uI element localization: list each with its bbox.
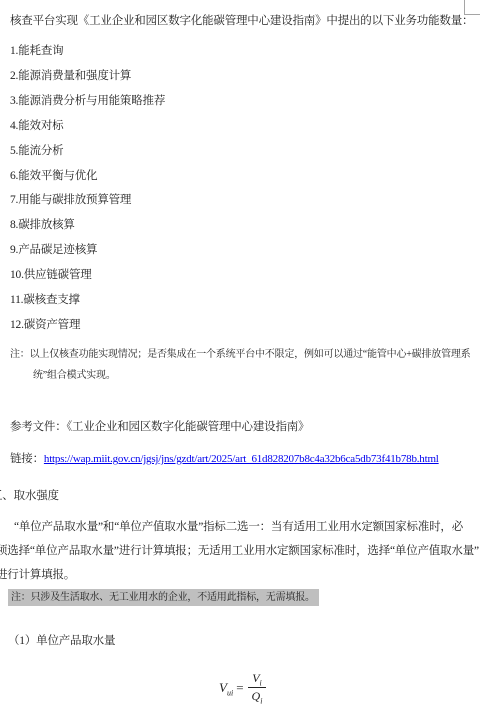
water-section-heading: 五、取水强度: [0, 489, 59, 503]
function-item-3: 3.能源消费分析与用能策略推荐: [10, 94, 165, 108]
unit-product-subheading: （1）单位产品取水量: [8, 634, 115, 648]
function-item-8: 8.碳排放核算: [10, 218, 75, 232]
link-label: 链接：: [10, 453, 44, 465]
water-paragraph-line-3: 进行计算填报。: [0, 568, 75, 582]
function-item-5: 5.能流分析: [10, 144, 63, 158]
function-item-9: 9.产品碳足迹核算: [10, 243, 97, 257]
top-right-box-fragment: [464, 0, 480, 15]
functions-note-line-2: 统”组合模式实现。: [33, 369, 116, 382]
functions-note-line-1: 注：以上仅核查功能实现情况；是否集成在一个系统平台中不限定，例如可以通过“能管中…: [10, 348, 470, 361]
formula-lhs: Vui: [219, 680, 233, 696]
water-paragraph-line-2: 须选择“单位产品取水量”进行计算填报；无适用工业用水定额国家标准时，选择“单位产…: [0, 544, 479, 558]
formula-fraction: Vi Qi: [248, 671, 267, 704]
function-item-4: 4.能效对标: [10, 119, 63, 133]
function-item-12: 12.碳资产管理: [10, 318, 80, 332]
function-item-10: 10.供应链碳管理: [10, 268, 92, 282]
function-item-1: 1.能耗查询: [10, 44, 63, 58]
document-link[interactable]: https://wap.miit.gov.cn/jgsj/jns/gzdt/ar…: [44, 453, 439, 465]
function-item-6: 6.能效平衡与优化: [10, 169, 97, 183]
formula-denominator: Qi: [248, 687, 267, 704]
function-item-2: 2.能源消费量和强度计算: [10, 69, 131, 83]
function-item-7: 7.用能与碳排放预算管理: [10, 193, 131, 207]
function-item-11: 11.碳核查支撑: [10, 293, 80, 307]
water-paragraph-line-1: “单位产品取水量”和“单位产值取水量”指标二选一：当有适用工业用水定额国家标准时…: [14, 520, 463, 534]
formula-equals-sign: =: [236, 680, 243, 696]
document-page: 核查平台实现《工业企业和园区数字化能碳管理中心建设指南》中提出的以下业务功能数量…: [0, 0, 480, 725]
highlighted-note: 注：只涉及生活取水、无工业用水的企业，不适用此指标，无需填报。: [8, 589, 319, 606]
water-intake-formula: Vui = Vi Qi: [219, 671, 266, 704]
link-line: 链接：https://wap.miit.gov.cn/jgsj/jns/gzdt…: [10, 452, 439, 466]
intro-paragraph: 核查平台实现《工业企业和园区数字化能碳管理中心建设指南》中提出的以下业务功能数量…: [10, 14, 473, 28]
formula-numerator: Vi: [248, 671, 266, 687]
reference-line: 参考文件：《工业企业和园区数字化能碳管理中心建设指南》: [10, 420, 309, 434]
